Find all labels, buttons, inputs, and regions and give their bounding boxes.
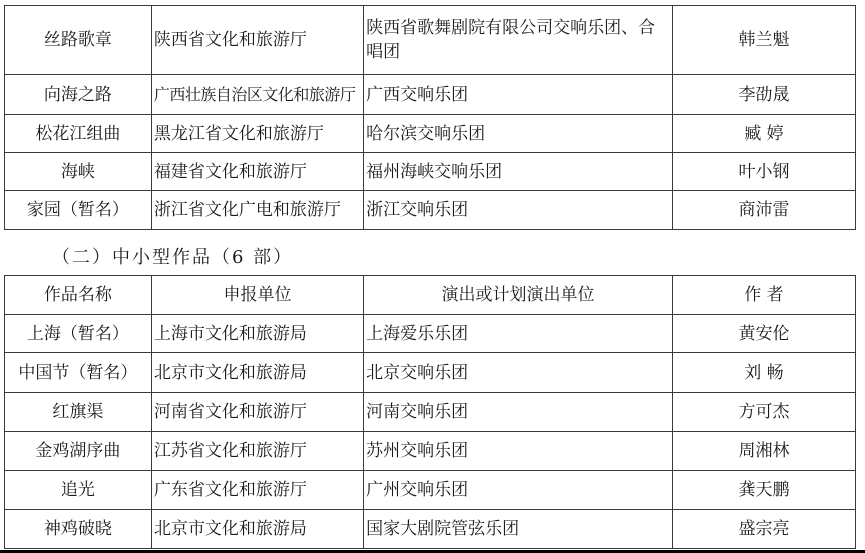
applicant-unit: 北京市文化和旅游局 <box>151 353 363 393</box>
author: 盛宗亮 <box>672 510 855 549</box>
applicant-unit: 陕西省文化和旅游厅 <box>151 6 363 75</box>
applicant-unit: 北京市文化和旅游局 <box>151 510 363 549</box>
applicant-unit: 上海市文化和旅游局 <box>151 315 363 353</box>
header-author: 作 者 <box>672 276 855 315</box>
work-title: 神鸡破晓 <box>5 510 152 549</box>
author: 韩兰魁 <box>672 6 855 75</box>
table-row: 红旗渠 河南省文化和旅游厅 河南交响乐团 方可杰 <box>5 393 856 432</box>
performing-unit: 哈尔滨交响乐团 <box>364 115 673 153</box>
author: 龚天鹏 <box>672 471 855 510</box>
performing-unit: 国家大剧院管弦乐团 <box>364 510 673 549</box>
section-heading: （二）中小型作品（6 部） <box>52 245 293 271</box>
author: 臧 婷 <box>672 115 855 153</box>
work-title: 上海（暂名） <box>5 315 152 353</box>
table-row: 神鸡破晓 北京市文化和旅游局 国家大剧院管弦乐团 盛宗亮 <box>5 510 856 549</box>
work-title: 松花江组曲 <box>5 115 152 153</box>
table-row: 中国节（暂名） 北京市文化和旅游局 北京交响乐团 刘 畅 <box>5 353 856 393</box>
author: 李劭晟 <box>672 75 855 115</box>
table-row: 家园（暂名） 浙江省文化广电和旅游厅 浙江交响乐团 商沛雷 <box>5 191 856 230</box>
author: 周湘林 <box>672 432 855 471</box>
performing-unit: 北京交响乐团 <box>364 353 673 393</box>
author: 商沛雷 <box>672 191 855 230</box>
applicant-unit: 黑龙江省文化和旅游厅 <box>151 115 363 153</box>
performing-unit: 上海爱乐乐团 <box>364 315 673 353</box>
work-title: 海峡 <box>5 153 152 191</box>
work-title: 向海之路 <box>5 75 152 115</box>
small-works-table: 作品名称 申报单位 演出或计划演出单位 作 者 上海（暂名） 上海市文化和旅游局… <box>4 275 856 549</box>
applicant-unit: 浙江省文化广电和旅游厅 <box>151 191 363 230</box>
large-works-table: 丝路歌章 陕西省文化和旅游厅 陕西省歌舞剧院有限公司交响乐团、合唱团 韩兰魁 向… <box>4 5 856 230</box>
table-row: 向海之路 广西壮族自治区文化和旅游厅 广西交响乐团 李劭晟 <box>5 75 856 115</box>
performing-unit: 陕西省歌舞剧院有限公司交响乐团、合唱团 <box>364 6 673 75</box>
work-title: 金鸡湖序曲 <box>5 432 152 471</box>
author: 黄安伦 <box>672 315 855 353</box>
applicant-unit: 广东省文化和旅游厅 <box>151 471 363 510</box>
performing-unit: 福州海峡交响乐团 <box>364 153 673 191</box>
table-row: 上海（暂名） 上海市文化和旅游局 上海爱乐乐团 黄安伦 <box>5 315 856 353</box>
table-header-row: 作品名称 申报单位 演出或计划演出单位 作 者 <box>5 276 856 315</box>
header-applicant-unit: 申报单位 <box>151 276 363 315</box>
performing-unit: 河南交响乐团 <box>364 393 673 432</box>
header-work-title: 作品名称 <box>5 276 152 315</box>
applicant-unit: 福建省文化和旅游厅 <box>151 153 363 191</box>
performing-unit: 广西交响乐团 <box>364 75 673 115</box>
applicant-unit: 广西壮族自治区文化和旅游厅 <box>151 75 363 115</box>
work-title: 中国节（暂名） <box>5 353 152 393</box>
performing-unit: 苏州交响乐团 <box>364 432 673 471</box>
applicant-unit: 河南省文化和旅游厅 <box>151 393 363 432</box>
table-row: 松花江组曲 黑龙江省文化和旅游厅 哈尔滨交响乐团 臧 婷 <box>5 115 856 153</box>
performing-unit: 浙江交响乐团 <box>364 191 673 230</box>
work-title: 丝路歌章 <box>5 6 152 75</box>
author: 刘 畅 <box>672 353 855 393</box>
author: 叶小钢 <box>672 153 855 191</box>
table-row: 追光 广东省文化和旅游厅 广州交响乐团 龚天鹏 <box>5 471 856 510</box>
table-row: 丝路歌章 陕西省文化和旅游厅 陕西省歌舞剧院有限公司交响乐团、合唱团 韩兰魁 <box>5 6 856 75</box>
header-performing-unit: 演出或计划演出单位 <box>364 276 673 315</box>
work-title: 追光 <box>5 471 152 510</box>
work-title: 红旗渠 <box>5 393 152 432</box>
work-title: 家园（暂名） <box>5 191 152 230</box>
table-row: 海峡 福建省文化和旅游厅 福州海峡交响乐团 叶小钢 <box>5 153 856 191</box>
table-row: 金鸡湖序曲 江苏省文化和旅游厅 苏州交响乐团 周湘林 <box>5 432 856 471</box>
performing-unit: 广州交响乐团 <box>364 471 673 510</box>
author: 方可杰 <box>672 393 855 432</box>
applicant-unit: 江苏省文化和旅游厅 <box>151 432 363 471</box>
